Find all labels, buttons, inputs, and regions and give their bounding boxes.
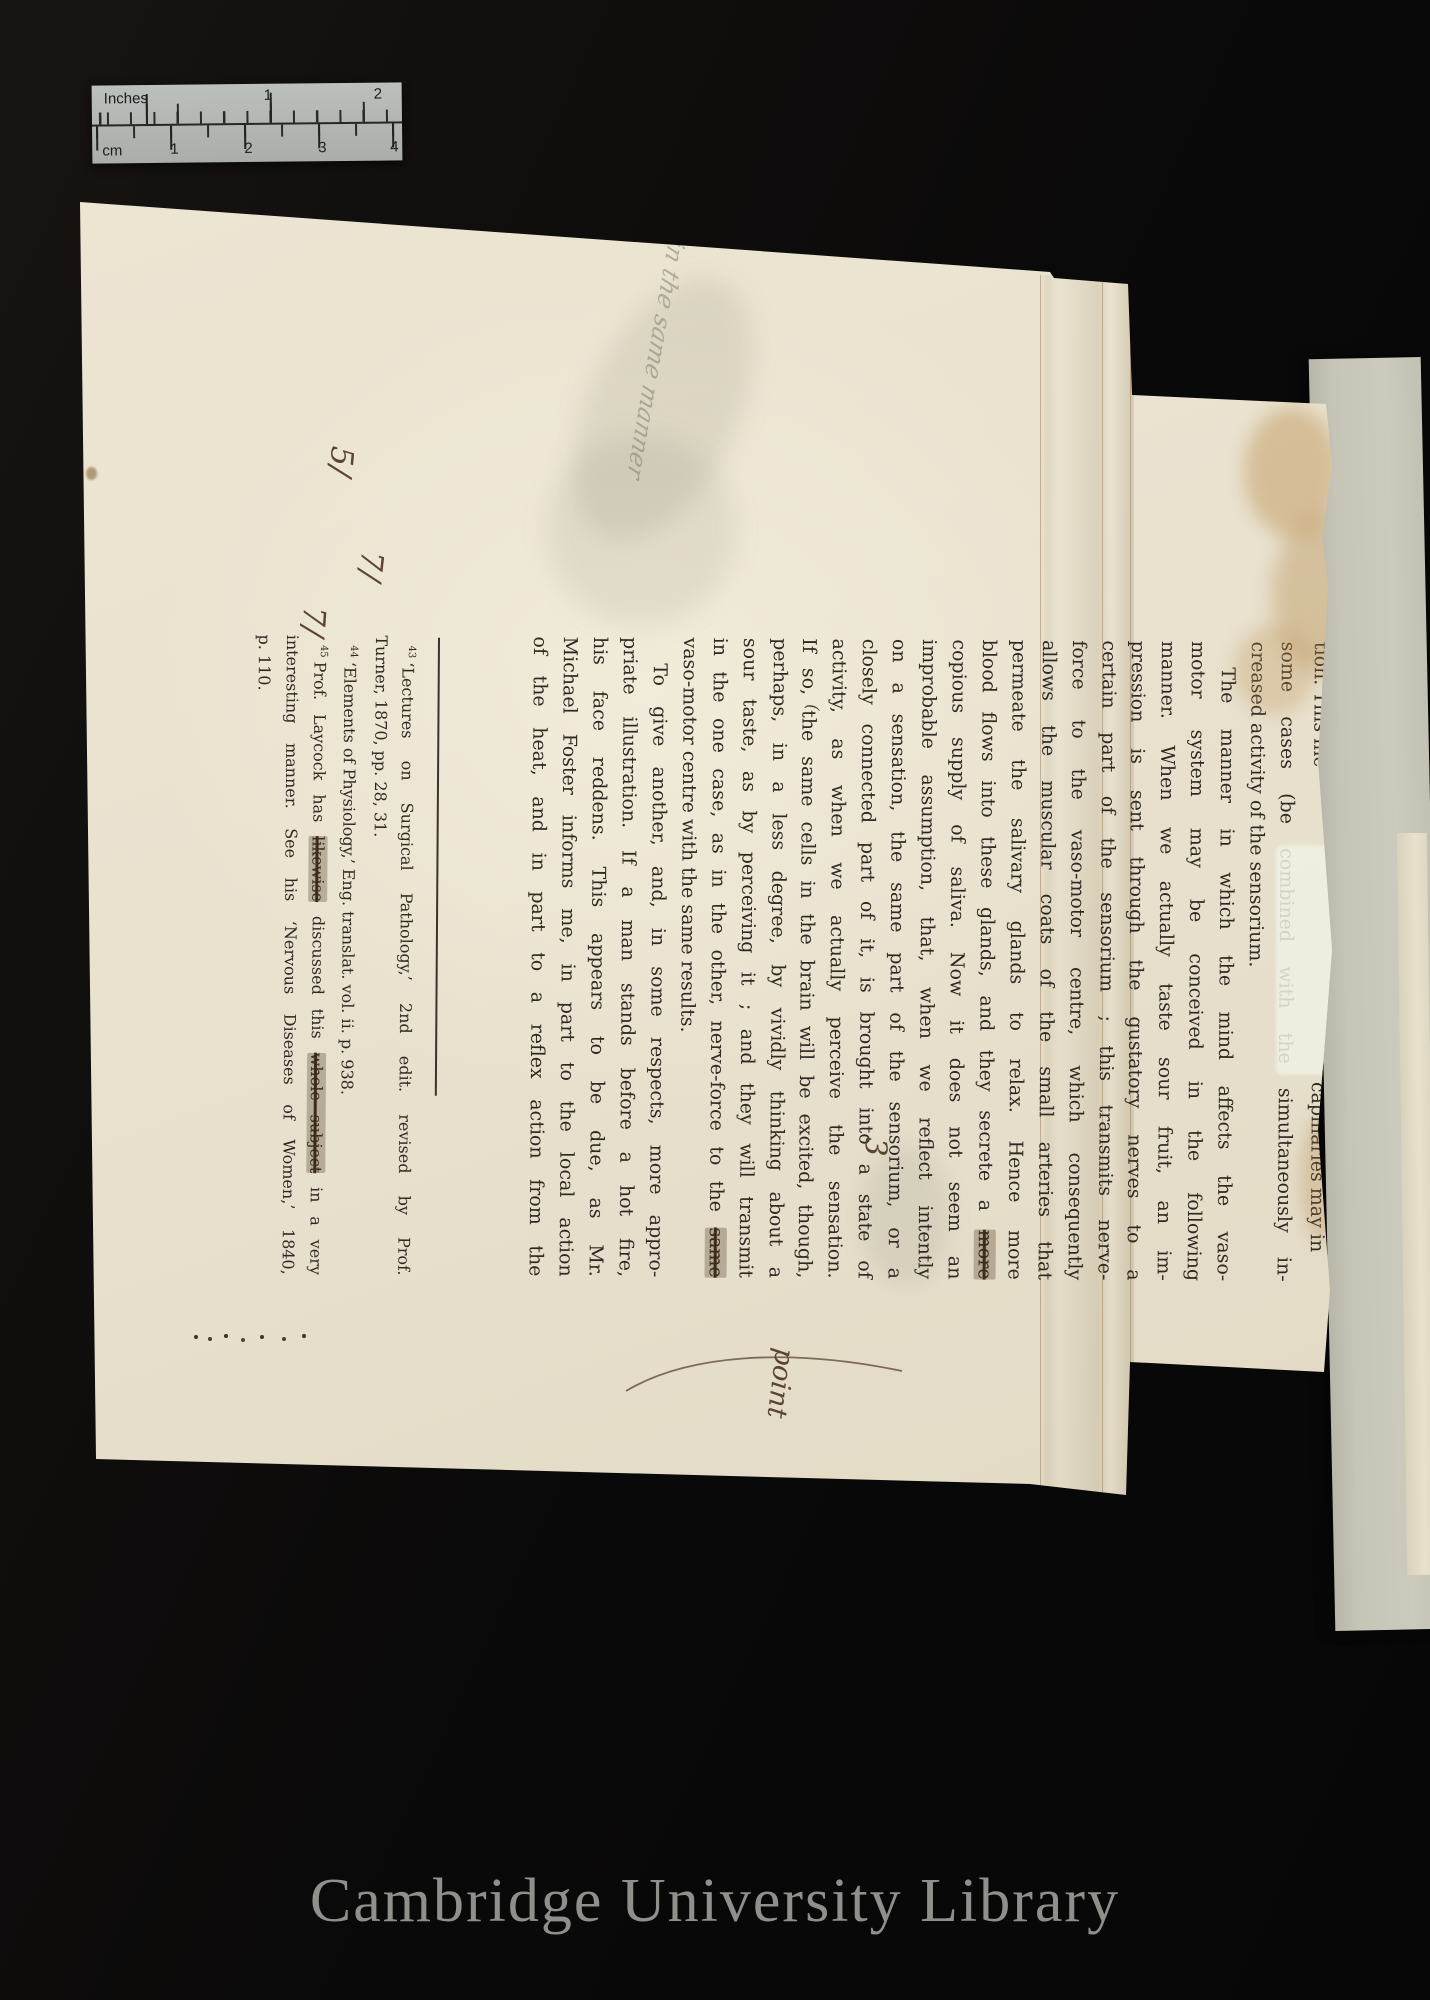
text-segment: of the heat, and in part to a reflex act… <box>525 636 551 1276</box>
printed-text-block: tion. This inc capillaries may in some c… <box>232 634 1332 1342</box>
text-segment: If so, the same cells in the brain will … <box>794 638 820 1278</box>
body-line: perhaps, in a less degree, by vividly th… <box>759 638 793 1278</box>
body-line: priate illustration. If a man stands bef… <box>610 637 644 1277</box>
body-line: motor system may be conceived in the fol… <box>1178 641 1212 1281</box>
text-segment: improbable assumption, that, when we ref… <box>914 639 940 1279</box>
body-line: vaso-motor centre with the same results. <box>670 637 704 1277</box>
text-segment: Turner, 1870, pp. 28, 31. <box>370 635 390 837</box>
text-segment: vaso-motor centre with the same results. <box>676 637 701 1032</box>
text-segment: permeate the salivary glands to relax. H… <box>1003 640 1029 1280</box>
ruler-cm-label: cm <box>102 142 122 159</box>
handwritten-note-diagonal: in the same manner <box>621 234 690 484</box>
measurement-ruler: Inches 1 2 cm 1 2 3 4 <box>92 82 403 163</box>
document-sheet: tion. This inc capillaries may in some c… <box>76 185 1338 1505</box>
text-segment: closely connected part of it, is brought… <box>854 639 880 1279</box>
text-segment: allows the muscular coats of the small a… <box>1033 640 1059 1280</box>
text-segment: certain part of the sensorium ; this tra… <box>1093 640 1119 1280</box>
struck-word: whole subject <box>307 1053 327 1174</box>
footnote-line: Turner, 1870, pp. 28, 31. <box>363 635 395 1275</box>
body-line: in the one case, as in the other, nerve-… <box>699 638 733 1278</box>
body-line: manner. When we actually taste sour frui… <box>1148 641 1182 1281</box>
body-line: on a sensation, the same part of the sen… <box>879 639 913 1279</box>
handwritten-digit: 3 <box>857 1137 893 1157</box>
body-line: allows the muscular coats of the small a… <box>1028 640 1062 1280</box>
body-line: creased activity of the sensorium. <box>1238 641 1272 1281</box>
text-segment: force to the vaso-motor centre, which co… <box>1063 640 1089 1280</box>
text-segment: his face reddens. This appears to be due… <box>585 637 611 1277</box>
text-segment: on a sensation, the same part of the sen… <box>884 639 910 1279</box>
ruler-cm-number: 2 <box>244 140 253 157</box>
footnote-line: interesting manner. See his ‘Nervous Dis… <box>274 635 306 1275</box>
body-line: force to the vaso-motor centre, which co… <box>1058 640 1092 1280</box>
footnote-marker: 43 <box>406 646 417 659</box>
archival-photo-canvas: Inches 1 2 cm 1 2 3 4 tion. This inc cap… <box>0 0 1430 2000</box>
struck-word: likewise <box>308 836 327 902</box>
text-segment: copious supply of saliva. Now it does no… <box>944 639 970 1279</box>
text-segment: Michael Foster informs me, in part to th… <box>555 637 581 1277</box>
body-line: activity, as when we actually perceive t… <box>819 638 853 1278</box>
footnote-line: 45Prof. Laycock has likewise discussed t… <box>301 635 336 1275</box>
text-segment: motor system may be conceived in the fol… <box>1183 641 1209 1281</box>
body-line: improbable assumption, that, when we ref… <box>909 639 943 1279</box>
ink-speckles <box>194 1335 198 1339</box>
body-line: sour taste, as by perceiving it ; and th… <box>729 638 763 1278</box>
body-line: closely connected part of it, is brought… <box>849 639 883 1279</box>
body-line: permeate the salivary glands to relax. H… <box>998 640 1032 1280</box>
footnotes: 43‘Lectures on Surgical Pathology,’ 2nd … <box>247 634 426 1275</box>
stain <box>86 467 97 480</box>
footnote-marker: 44 <box>348 645 359 658</box>
text-segment: perhaps, in a less degree, by vividly th… <box>764 638 790 1278</box>
handwritten-mark: 7/ <box>351 549 390 583</box>
footnote-line: 43‘Lectures on Surgical Pathology,’ 2nd … <box>390 635 425 1275</box>
body-line: Michael Foster informs me, in part to th… <box>550 637 584 1277</box>
library-caption: Cambridge University Library <box>0 1866 1430 1937</box>
footnote-marker: 45 <box>317 645 328 658</box>
pen-flourish <box>616 1333 916 1423</box>
text-segment: ‘Elements of Physiology,’ Eng. translat.… <box>338 662 360 1095</box>
text-segment: pression is sent through the gustatory n… <box>1123 641 1149 1281</box>
handwritten-caret: ( <box>802 704 822 711</box>
ruler-cm-number: 4 <box>390 138 399 155</box>
body-line: his face reddens. This appears to be due… <box>580 637 614 1277</box>
body-line: copious supply of saliva. Now it does no… <box>939 639 973 1279</box>
ruler-cm-number: 1 <box>170 141 179 158</box>
footnote-line: 44‘Elements of Physiology,’ Eng. transla… <box>332 635 367 1275</box>
body-line: To give another, and, in some respects, … <box>640 637 674 1277</box>
handwritten-mark: 5/ <box>322 445 360 478</box>
body-line: pression is sent through the gustatory n… <box>1118 641 1152 1281</box>
ruler-inches-label: Inches <box>104 90 148 107</box>
body-line: of the heat, and in part to a reflex act… <box>520 636 554 1276</box>
struck-word: same <box>704 1227 726 1277</box>
text-segment: activity, as when we actually perceive t… <box>824 638 850 1278</box>
text-segment: p. 110. <box>255 634 274 690</box>
ruler-inch-number: 2 <box>374 86 383 103</box>
struck-word: more <box>973 1230 995 1280</box>
text-segment: The manner in which the mind affects the… <box>1213 667 1239 1281</box>
text-segment: manner. When we actually taste sour frui… <box>1153 641 1179 1281</box>
text-segment: To give another, and, in some respects, … <box>645 663 671 1277</box>
body-line: certain part of the sensorium ; this tra… <box>1088 640 1122 1280</box>
text-segment: in the one case, as in the other, nerve-… <box>705 638 731 1228</box>
text-segment: Prof. Laycock has <box>309 662 329 837</box>
body-line: The manner in which the mind affects the… <box>1208 641 1242 1281</box>
ruler-inch-number: 1 <box>264 87 273 104</box>
ruler-cm-number: 3 <box>318 139 327 156</box>
footnote-rule <box>435 638 440 1096</box>
text-segment: creased activity of the sensorium. <box>1245 641 1269 967</box>
body-text: some cases (be combined with the simulta… <box>520 636 1302 1281</box>
text-segment: blood flows into these glands, and they … <box>974 640 1000 1230</box>
text-segment: ‘Lectures on Surgical Pathology,’ 2nd ed… <box>395 662 418 1275</box>
text-segment: priate illustration. If a man stands bef… <box>615 637 641 1277</box>
body-line: If so, the same cells in the brain will … <box>789 638 823 1278</box>
body-line: blood flows into these glands, and they … <box>969 639 1003 1279</box>
handwritten-mark: 7/ <box>294 605 332 638</box>
text-segment: interesting manner. See his ‘Nervous Dis… <box>278 635 301 1275</box>
text-segment: in a very <box>306 1173 326 1275</box>
text-segment: sour taste, as by perceiving it ; and th… <box>734 638 760 1278</box>
text-segment: discussed this <box>307 902 327 1053</box>
